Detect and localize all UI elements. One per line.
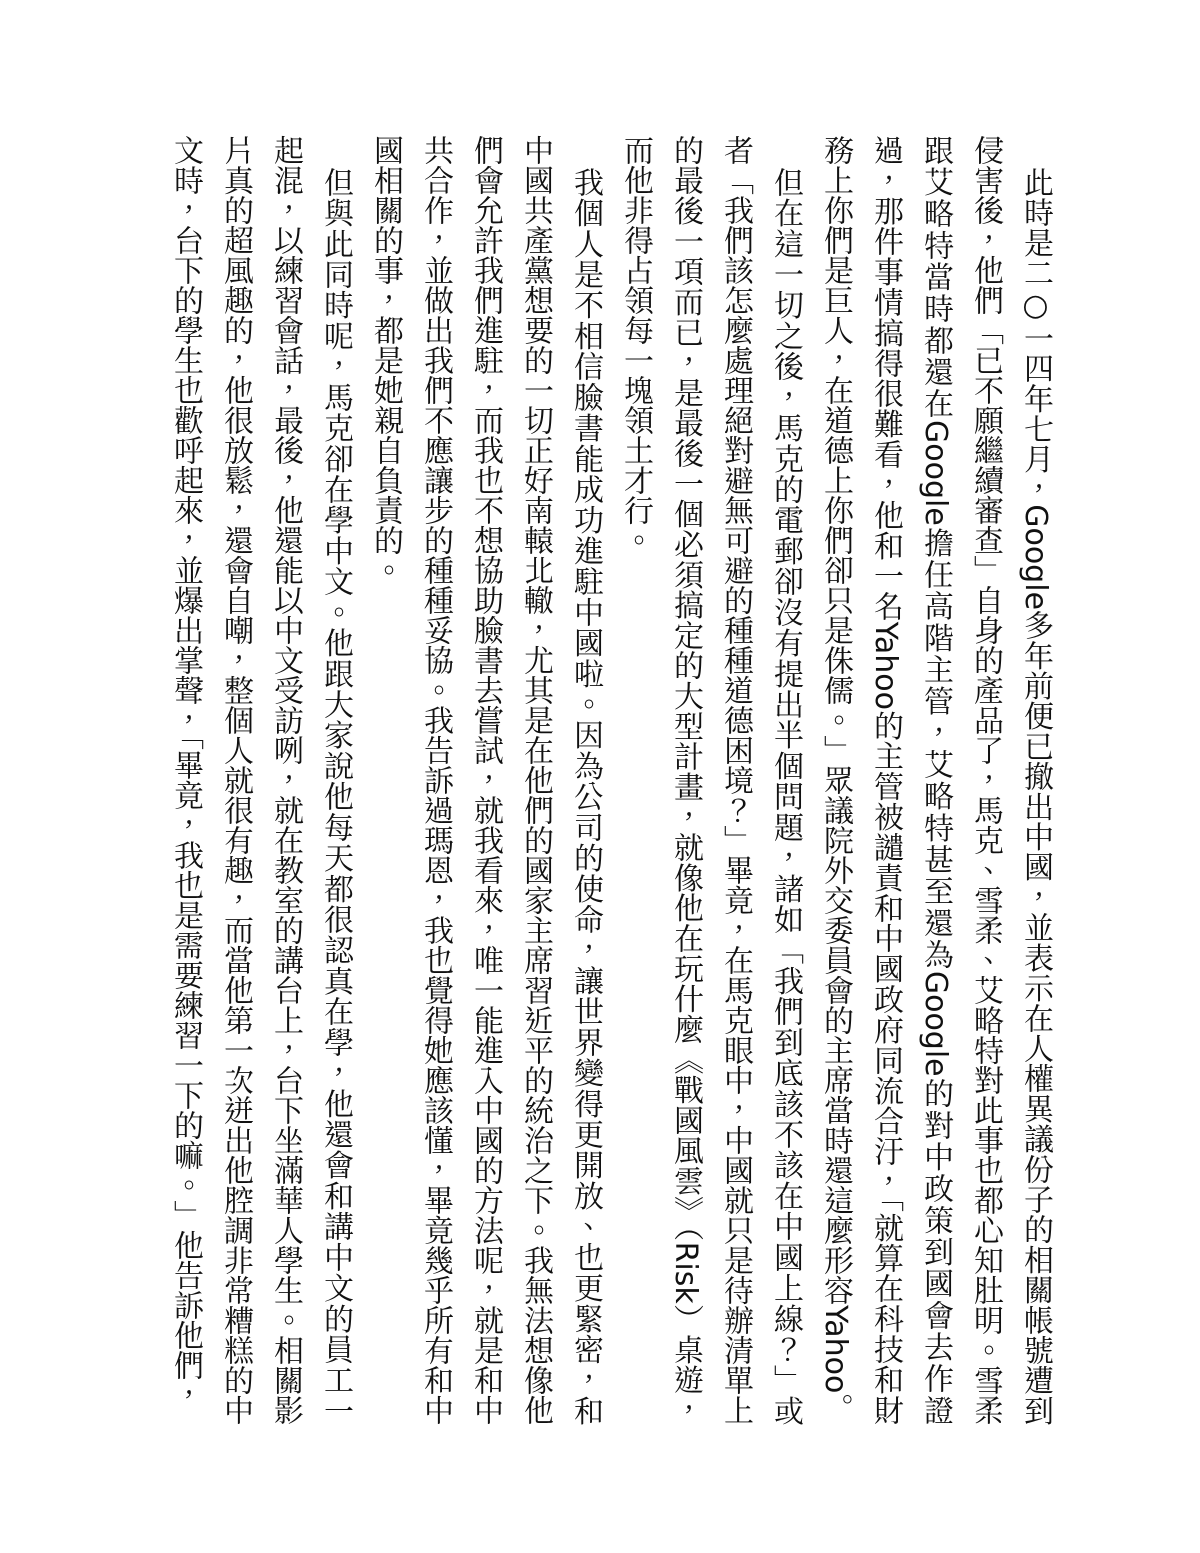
paragraph: 但在這一切之後，馬克的電郵卻沒有提出半個問題，諸如「我們到底該不該在中國上線？」… xyxy=(610,135,810,1425)
paragraph: 但與此同時呢，馬克卻在學中文。他跟大家說他每天都很認真在學，他還會和講中文的員工… xyxy=(160,135,360,1425)
paragraph: 此時是二○一四年七月，Google多年前便已撤出中國，並表示在人權異議份子的相關… xyxy=(810,135,1060,1425)
vertical-text-block: 此時是二○一四年七月，Google多年前便已撤出中國，並表示在人權異議份子的相關… xyxy=(160,135,1060,1425)
book-page: 此時是二○一四年七月，Google多年前便已撤出中國，並表示在人權異議份子的相關… xyxy=(0,0,1200,1553)
paragraph: 我個人是不相信臉書能成功進駐中國啦。因為公司的使命，讓世界變得更開放、也更緊密，… xyxy=(360,135,610,1425)
